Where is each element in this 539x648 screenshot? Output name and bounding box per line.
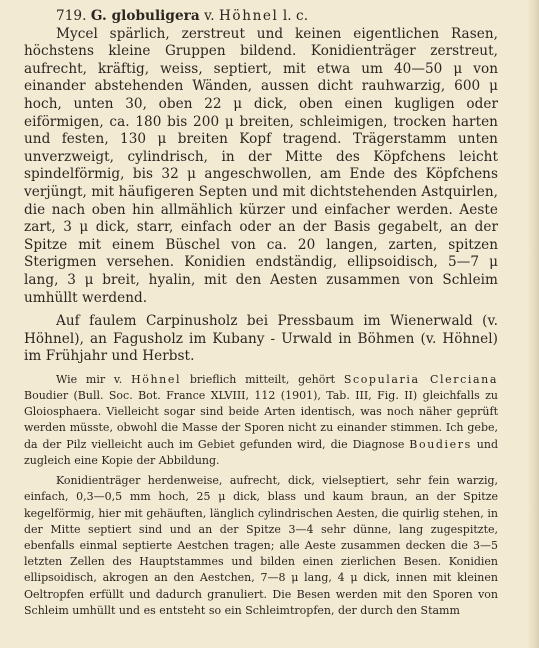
authority-prefix: v. — [204, 8, 215, 24]
author-name: Boudiers — [409, 438, 472, 451]
note-paragraph-1: Wie mir v. Höhnel brieflich mitteilt, ge… — [24, 372, 498, 469]
reference: l. c. — [283, 8, 308, 24]
authority-name: Höhnel — [219, 8, 279, 24]
note-paragraph-2: Konidienträger herdenweise, aufrecht, di… — [24, 473, 498, 619]
note-text: brieflich mitteilt, gehört — [190, 373, 335, 386]
species-heading: 719. G. globuligera v. Höhnel l. c. — [24, 8, 498, 26]
footnote-text: Wie mir v. Höhnel brieflich mitteilt, ge… — [24, 372, 498, 619]
species-name: G. globuligera — [91, 8, 200, 24]
book-page: 719. G. globuligera v. Höhnel l. c. Myce… — [24, 8, 498, 619]
page-edge — [527, 0, 539, 648]
habitat-paragraph: Auf faulem Carpinusholz bei Pressbaum im… — [24, 313, 498, 366]
taxon-name: Scopularia Clerciana — [344, 373, 498, 386]
entry-number: 719. — [56, 8, 86, 24]
main-text: 719. G. globuligera v. Höhnel l. c. Myce… — [24, 8, 498, 366]
author-name: Höhnel — [131, 373, 181, 386]
description-paragraph: Mycel spärlich, zerstreut und keinen eig… — [24, 26, 498, 308]
note-text: Wie mir v. — [56, 373, 122, 386]
